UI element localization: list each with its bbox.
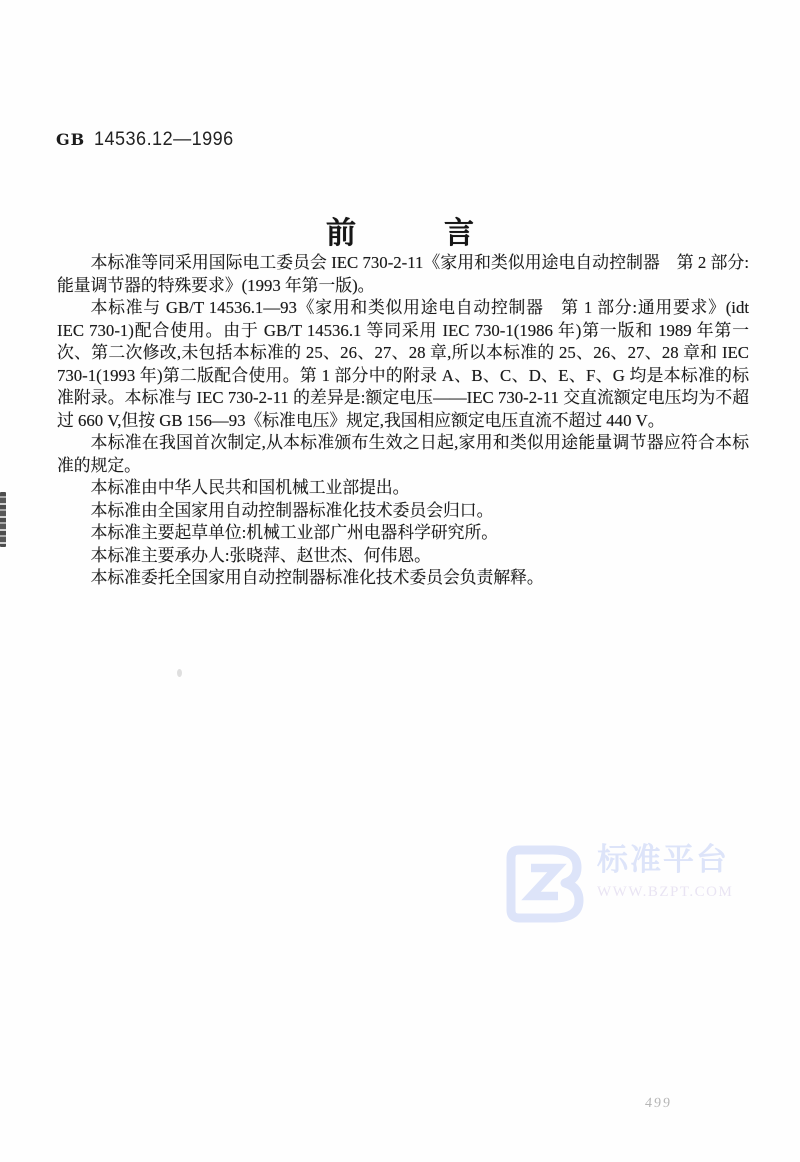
page-title: 前 言 [0, 208, 800, 252]
page-number: 499 [644, 1096, 672, 1112]
paragraph: 本标准等同采用国际电工委员会 IEC 730-2-11《家用和类似用途电自动控制… [57, 252, 749, 297]
document-page: GB14536.12—1996 前 言 本标准等同采用国际电工委员会 IEC 7… [0, 0, 800, 1162]
scan-artifact-left-edge [0, 492, 6, 547]
foreword-body: 本标准等同采用国际电工委员会 IEC 730-2-11《家用和类似用途电自动控制… [57, 252, 749, 590]
standard-code: GB14536.12—1996 [56, 129, 241, 151]
standard-code-prefix: GB [56, 130, 85, 149]
paragraph: 本标准由全国家用自动控制器标准化技术委员会归口。 [57, 500, 749, 523]
paragraph: 本标准由中华人民共和国机械工业部提出。 [57, 477, 749, 500]
bz-logo-icon [503, 843, 589, 930]
watermark-brand: 标准平台 [597, 843, 733, 877]
page-title-char-left: 前 [326, 208, 356, 252]
paragraph: 本标准在我国首次制定,从本标准颁布生效之日起,家用和类似用途能量调节器应符合本标… [57, 432, 749, 477]
page-title-char-right: 言 [444, 208, 474, 252]
paragraph: 本标准主要承办人:张晓萍、赵世杰、何伟恩。 [57, 545, 749, 568]
paragraph: 本标准与 GB/T 14536.1—93《家用和类似用途电自动控制器 第 1 部… [57, 297, 749, 432]
standard-code-number: 14536.12—1996 [94, 129, 234, 151]
paragraph: 本标准主要起草单位:机械工业部广州电器科学研究所。 [57, 522, 749, 545]
watermark: 标准平台 WWW.BZPT.COM [503, 843, 733, 930]
paragraph: 本标准委托全国家用自动控制器标准化技术委员会负责解释。 [57, 567, 749, 590]
watermark-url: WWW.BZPT.COM [597, 884, 733, 901]
scan-artifact-speck [177, 669, 182, 677]
watermark-text: 标准平台 WWW.BZPT.COM [597, 843, 733, 901]
